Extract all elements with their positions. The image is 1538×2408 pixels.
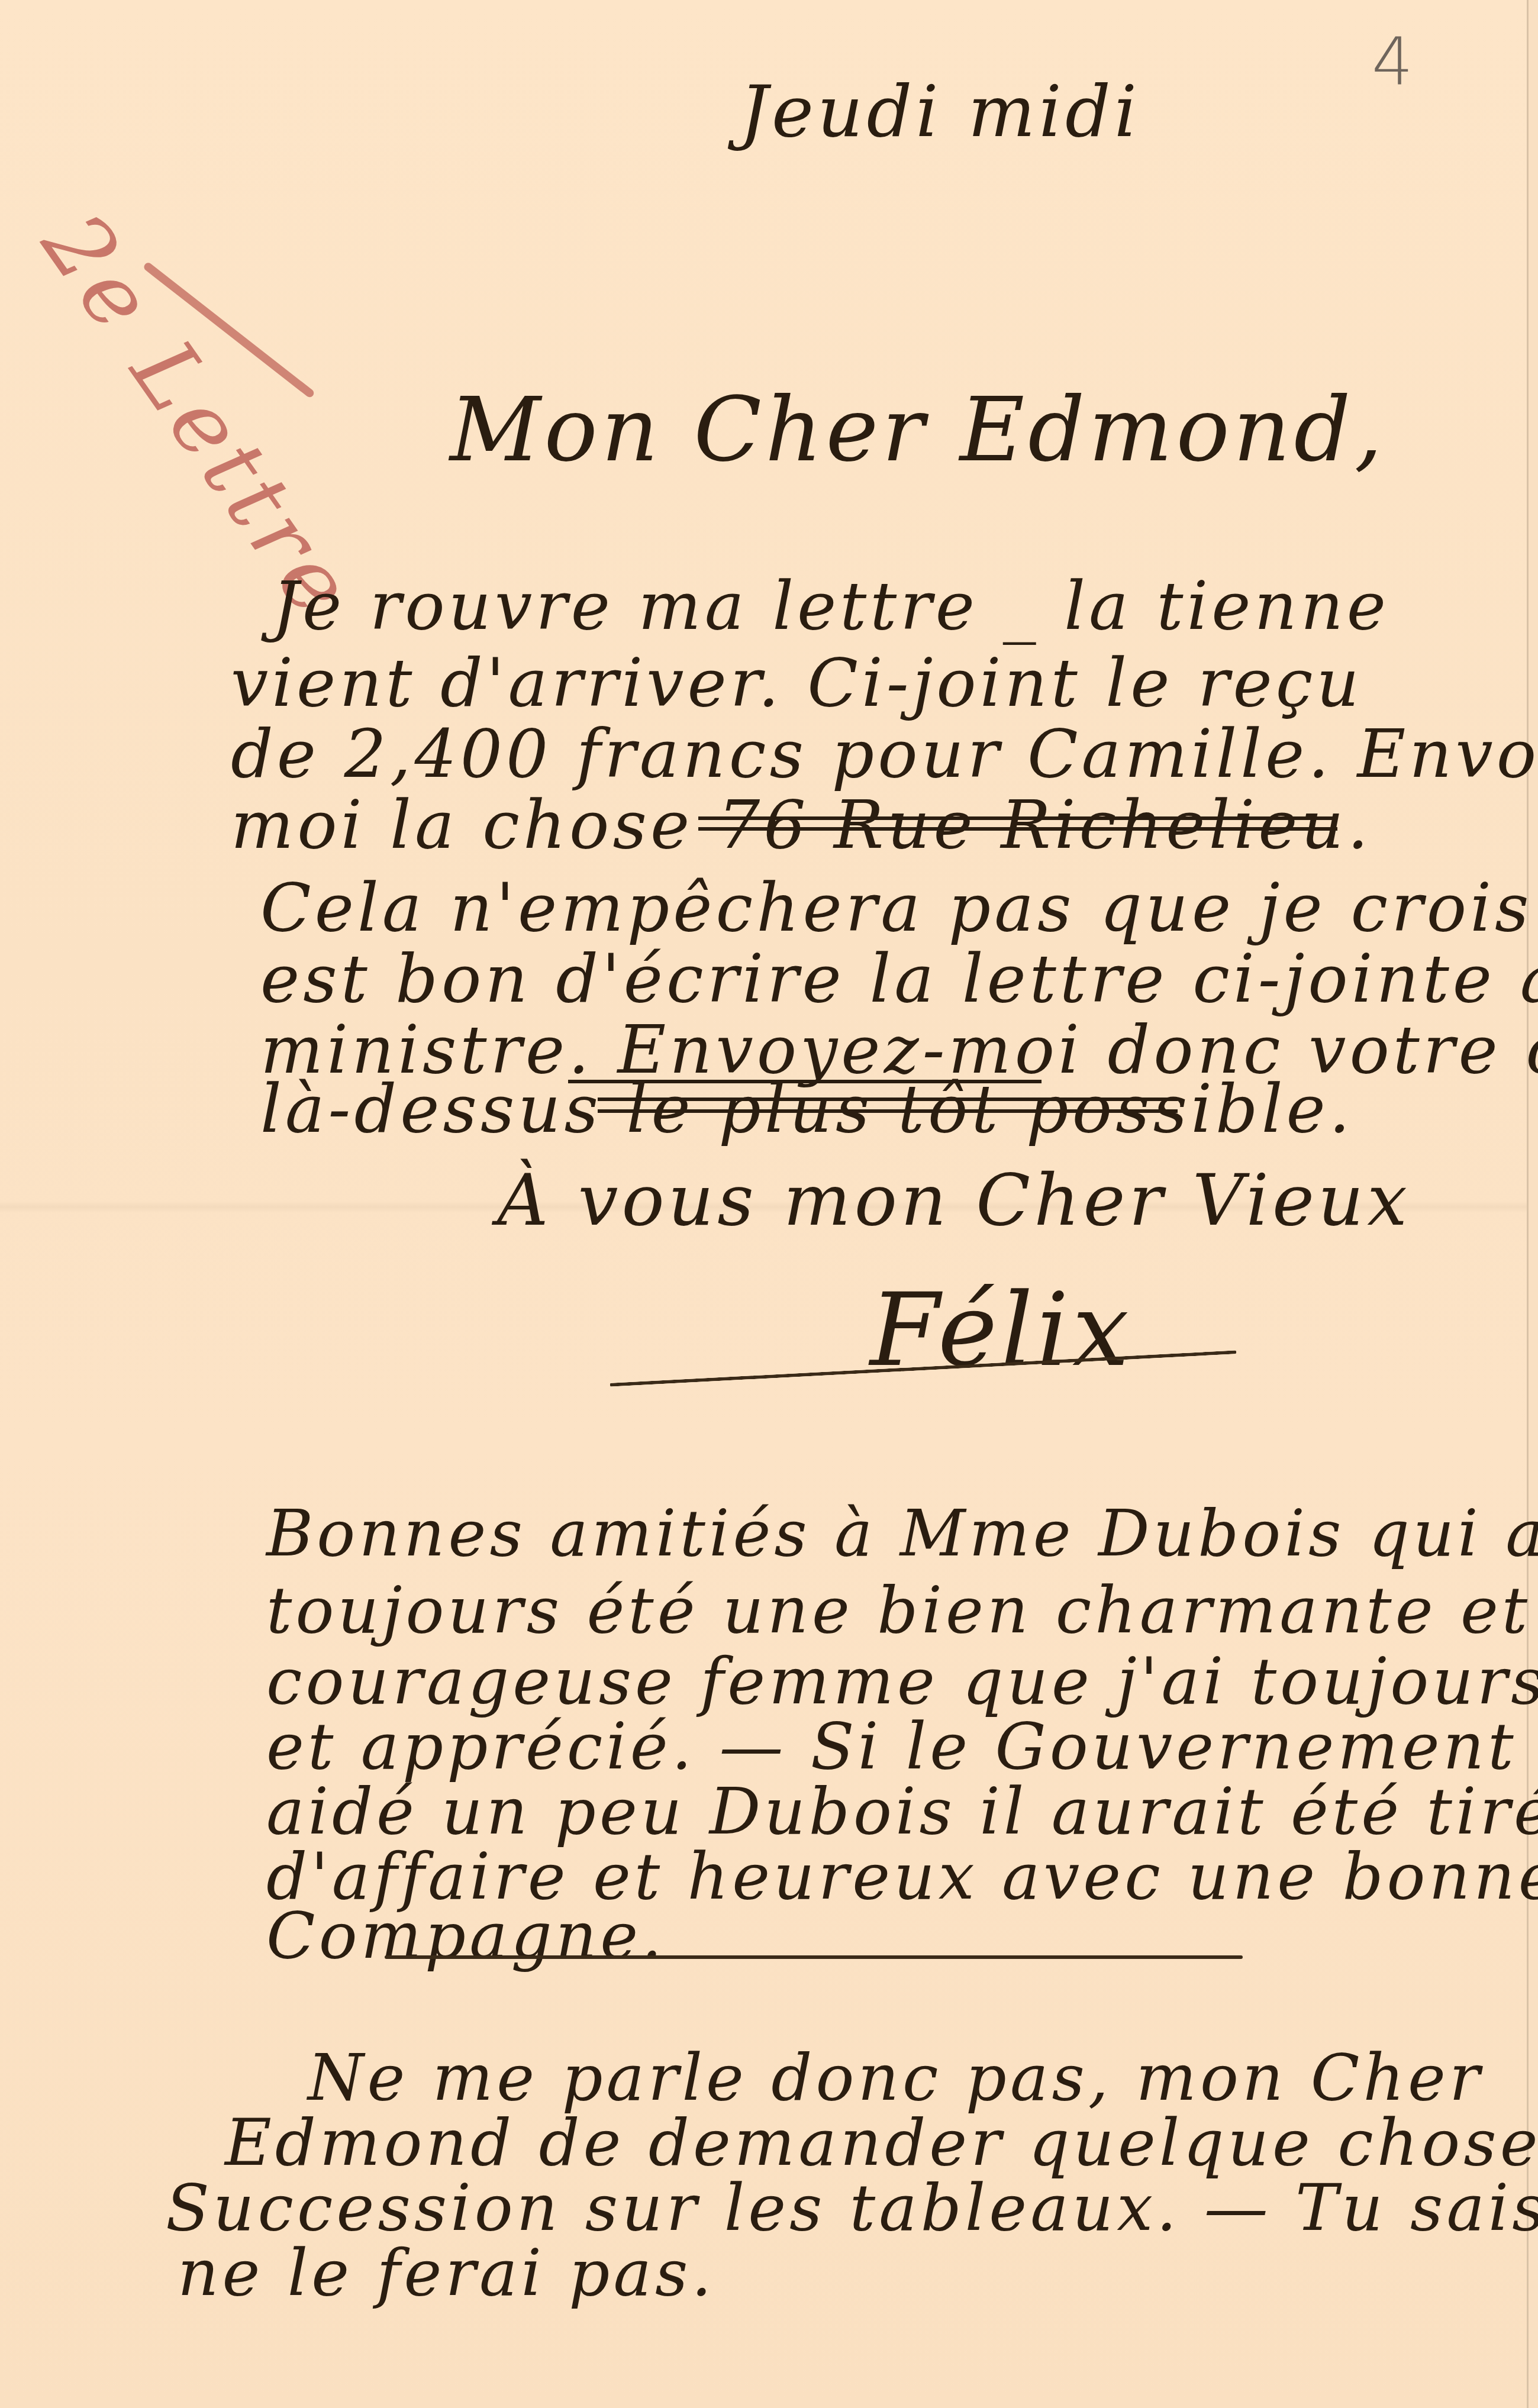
letter-page: 2e Lettre 4 Jeudi midi Mon Cher Edmond, …	[0, 0, 1529, 2408]
postscript-2-line-1: Ne me parle donc pas, mon Cher	[308, 2041, 1484, 2115]
paragraph-1-line-3: de 2,400 francs pour Camille. Envoie-	[231, 716, 1538, 793]
postscript-2-line-4: ne le ferai pas.	[178, 2236, 715, 2310]
opinion-underline	[568, 1080, 1042, 1083]
salutation: Mon Cher Edmond,	[450, 379, 1386, 482]
page-number: 4	[1372, 24, 1413, 99]
possible-underline-1	[598, 1098, 1178, 1101]
postscript-1-line-1: Bonnes amitiés à Mme Dubois qui a	[266, 1497, 1538, 1571]
postscript-2-line-3: Succession sur les tableaux. — Tu sais b…	[166, 2171, 1538, 2245]
postscript-1-line-2: toujours été une bien charmante et bien	[266, 1574, 1538, 1648]
postscript-2-line-2: Edmond de demander quelque chose à la	[225, 2106, 1538, 2180]
closing: À vous mon Cher Vieux	[497, 1160, 1411, 1242]
possible-underline-2	[598, 1109, 1178, 1113]
postscript-1-line-4: et apprécié. — Si le Gouvernement avait	[266, 1710, 1538, 1784]
paragraph-1-line-4: moi la chose 76 Rue Richelieu.	[231, 787, 1372, 864]
signature: Félix	[870, 1272, 1133, 1389]
postscript-1-line-5: aidé un peu Dubois il aurait été tiré	[266, 1775, 1538, 1849]
paragraph-2-line-1: Cela n'empêchera pas que je crois qu'il	[260, 870, 1538, 947]
paragraph-1-line-2: vient d'arriver. Ci-joint le reçu	[231, 645, 1363, 722]
postscript-1-line-3: courageuse femme que j'ai toujours aimé	[266, 1645, 1538, 1719]
section-separator	[385, 1955, 1243, 1959]
paragraph-2-line-2: est bon d'écrire la lettre ci-jointe au	[260, 941, 1538, 1018]
address-underline-2	[698, 827, 1337, 831]
address-underline-1	[698, 816, 1337, 820]
dateline: Jeudi midi	[740, 71, 1140, 153]
postscript-1-line-7: Compagne.	[266, 1899, 666, 1973]
paragraph-1-line-1: Je rouvre ma lettre _ la tienne	[272, 568, 1389, 645]
